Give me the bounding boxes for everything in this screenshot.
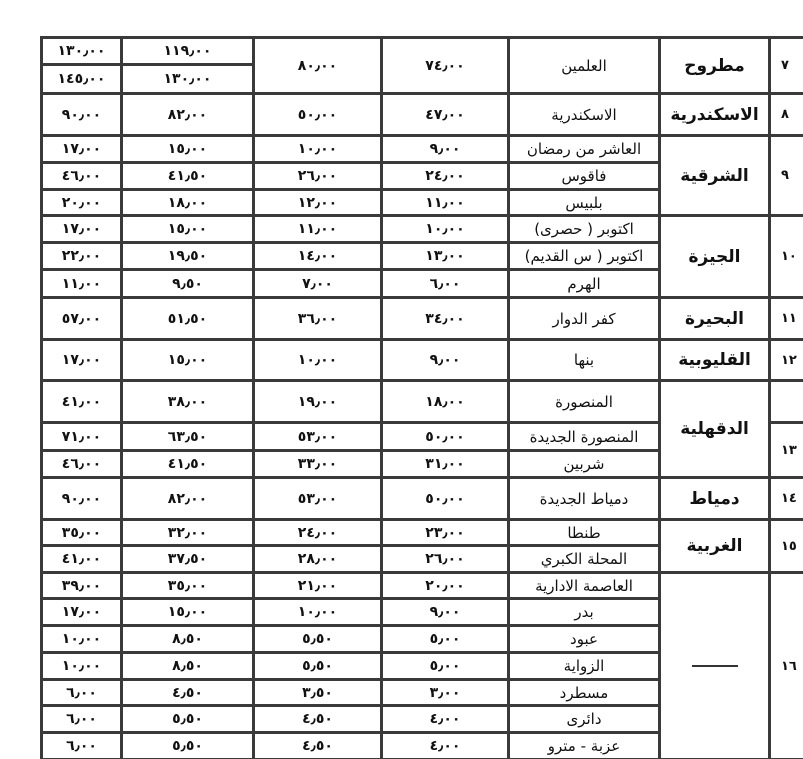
fare-v3: ٥٫٥٠ bbox=[122, 733, 254, 759]
fare-v1: ١٣٫٠٠ bbox=[382, 243, 509, 270]
fare-table-sheet: ١٣٠٫٠٠ ١١٩٫٠٠ ٨٠٫٠٠ ٧٤٫٠٠ العلمين مطروح … bbox=[40, 36, 803, 759]
fare-v4: ١٣٠٫٠٠ bbox=[42, 38, 122, 65]
fare-v3: ١٩٫٥٠ bbox=[122, 243, 254, 270]
fare-v1: ٥٫٠٠ bbox=[382, 653, 509, 680]
table-row-damietta: ٩٠٫٠٠ ٨٢٫٠٠ ٥٣٫٠٠ ٥٠٫٠٠ دمياط الجديدة دم… bbox=[42, 478, 803, 520]
fare-v2: ١٠٫٠٠ bbox=[254, 136, 382, 163]
fare-v3: ٤١٫٥٠ bbox=[122, 451, 254, 478]
governorate-name: الشرقية bbox=[660, 136, 770, 216]
fare-v4: ١٧٫٠٠ bbox=[42, 340, 122, 381]
fare-v4: ٢٢٫٠٠ bbox=[42, 243, 122, 270]
table-row: ١٧٫٠٠ ١٥٫٠٠ ١١٫٠٠ ١٠٫٠٠ اكتوبر ( حصرى) ا… bbox=[42, 216, 803, 243]
table-row: ٣٥٫٠٠ ٣٢٫٠٠ ٢٤٫٠٠ ٢٣٫٠٠ طنطا الغربية ١٥ bbox=[42, 520, 803, 546]
fare-v2: ٥٫٥٠ bbox=[254, 626, 382, 653]
city-name: دائرى bbox=[509, 706, 660, 733]
table-row: ٤١٫٠٠ ٣٨٫٠٠ ١٩٫٠٠ ١٨٫٠٠ المنصورة الدقهلي… bbox=[42, 381, 803, 423]
city-name: طنطا bbox=[509, 520, 660, 546]
fare-v2: ٣٦٫٠٠ bbox=[254, 298, 382, 340]
fare-v3: ١٥٫٠٠ bbox=[122, 216, 254, 243]
city-name: كفر الدوار bbox=[509, 298, 660, 340]
city-name: شربين bbox=[509, 451, 660, 478]
fare-v2: ٧٫٠٠ bbox=[254, 270, 382, 298]
fare-v2: ٨٠٫٠٠ bbox=[254, 38, 382, 94]
fare-v1: ٥٫٠٠ bbox=[382, 626, 509, 653]
city-name: فاقوس bbox=[509, 163, 660, 190]
city-name: بنها bbox=[509, 340, 660, 381]
fare-v3: ١٨٫٠٠ bbox=[122, 190, 254, 216]
city-name: المحلة الكبري bbox=[509, 546, 660, 573]
fare-v4: ٤١٫٠٠ bbox=[42, 381, 122, 423]
fare-v4: ٧١٫٠٠ bbox=[42, 423, 122, 451]
fare-v3: ٤١٫٥٠ bbox=[122, 163, 254, 190]
fare-v3: ٨٢٫٠٠ bbox=[122, 478, 254, 520]
fare-v2: ٣٫٥٠ bbox=[254, 680, 382, 706]
fare-v3: ٣٢٫٠٠ bbox=[122, 520, 254, 546]
city-name: عبود bbox=[509, 626, 660, 653]
city-name: العلمين bbox=[509, 38, 660, 94]
fare-v3: ٨٢٫٠٠ bbox=[122, 94, 254, 136]
fare-v2: ٥٣٫٠٠ bbox=[254, 423, 382, 451]
fare-v1: ٩٫٠٠ bbox=[382, 136, 509, 163]
fare-v1: ٢٣٫٠٠ bbox=[382, 520, 509, 546]
city-name: العاشر من رمضان bbox=[509, 136, 660, 163]
fare-v1: ١٠٫٠٠ bbox=[382, 216, 509, 243]
fare-v3: ١٥٫٠٠ bbox=[122, 599, 254, 626]
fare-v2: ٢٤٫٠٠ bbox=[254, 520, 382, 546]
fare-v2: ١٠٫٠٠ bbox=[254, 599, 382, 626]
city-name: اكتوبر ( حصرى) bbox=[509, 216, 660, 243]
table-row-qalyubia: ١٧٫٠٠ ١٥٫٠٠ ١٠٫٠٠ ٩٫٠٠ بنها القليوبية ١٢ bbox=[42, 340, 803, 381]
fare-v4: ٥٧٫٠٠ bbox=[42, 298, 122, 340]
fare-v3: ٤٫٥٠ bbox=[122, 680, 254, 706]
fare-v1: ٩٫٠٠ bbox=[382, 599, 509, 626]
fare-v3: ٦٣٫٥٠ bbox=[122, 423, 254, 451]
fare-v3: ١٥٫٠٠ bbox=[122, 136, 254, 163]
city-name: عزبة - مترو bbox=[509, 733, 660, 759]
fare-v4: ١٤٥٫٠٠ bbox=[42, 65, 122, 94]
fare-v3: ٥٫٥٠ bbox=[122, 706, 254, 733]
governorate-name: مطروح bbox=[660, 38, 770, 94]
fare-v4: ١٧٫٠٠ bbox=[42, 136, 122, 163]
city-name: مسطرد bbox=[509, 680, 660, 706]
table-row-matrouh-a: ١٣٠٫٠٠ ١١٩٫٠٠ ٨٠٫٠٠ ٧٤٫٠٠ العلمين مطروح … bbox=[42, 38, 803, 65]
governorate-name-dash bbox=[660, 573, 770, 759]
fare-v2: ٢١٫٠٠ bbox=[254, 573, 382, 599]
fare-v1: ٤٫٠٠ bbox=[382, 733, 509, 759]
fare-v4: ٦٫٠٠ bbox=[42, 706, 122, 733]
fare-v1: ٩٫٠٠ bbox=[382, 340, 509, 381]
fare-v2: ٥٣٫٠٠ bbox=[254, 478, 382, 520]
fare-v3: ١٥٫٠٠ bbox=[122, 340, 254, 381]
governorate-name: الجيزة bbox=[660, 216, 770, 298]
fare-v2: ٢٦٫٠٠ bbox=[254, 163, 382, 190]
row-index: ١٦ bbox=[770, 573, 803, 759]
fare-v4: ٦٫٠٠ bbox=[42, 733, 122, 759]
row-index: ١٤ bbox=[770, 478, 803, 520]
table-row: ٣٩٫٠٠ ٣٥٫٠٠ ٢١٫٠٠ ٢٠٫٠٠ العاصمة الادارية… bbox=[42, 573, 803, 599]
fare-v4: ١١٫٠٠ bbox=[42, 270, 122, 298]
fare-v3: ٣٧٫٥٠ bbox=[122, 546, 254, 573]
governorate-name: دمياط bbox=[660, 478, 770, 520]
fare-v2: ٢٨٫٠٠ bbox=[254, 546, 382, 573]
fare-v4: ٦٫٠٠ bbox=[42, 680, 122, 706]
fare-v3: ٩٫٥٠ bbox=[122, 270, 254, 298]
city-name: اكتوبر ( س القديم) bbox=[509, 243, 660, 270]
fare-v3: ٥١٫٥٠ bbox=[122, 298, 254, 340]
table-row-alexandria: ٩٠٫٠٠ ٨٢٫٠٠ ٥٠٫٠٠ ٤٧٫٠٠ الاسكندرية الاسك… bbox=[42, 94, 803, 136]
fare-v1: ٢٦٫٠٠ bbox=[382, 546, 509, 573]
fare-v2: ١١٫٠٠ bbox=[254, 216, 382, 243]
governorate-name: البحيرة bbox=[660, 298, 770, 340]
city-name: الزواية bbox=[509, 653, 660, 680]
governorate-name: الاسكندرية bbox=[660, 94, 770, 136]
row-index: ١٠ bbox=[770, 216, 803, 298]
fare-v1: ٣٤٫٠٠ bbox=[382, 298, 509, 340]
city-name: العاصمة الادارية bbox=[509, 573, 660, 599]
fare-v1: ٤٫٠٠ bbox=[382, 706, 509, 733]
fare-v3: ١١٩٫٠٠ bbox=[122, 38, 254, 65]
row-index: ٨ bbox=[770, 94, 803, 136]
fare-v4: ٣٩٫٠٠ bbox=[42, 573, 122, 599]
row-index: ١٥ bbox=[770, 520, 803, 573]
fare-v4: ٤٦٫٠٠ bbox=[42, 163, 122, 190]
row-index: ٧ bbox=[770, 38, 803, 94]
fare-v4: ٩٠٫٠٠ bbox=[42, 94, 122, 136]
table-row: ١٧٫٠٠ ١٥٫٠٠ ١٠٫٠٠ ٩٫٠٠ العاشر من رمضان ا… bbox=[42, 136, 803, 163]
fare-v1: ٣١٫٠٠ bbox=[382, 451, 509, 478]
row-index: ١٣ bbox=[770, 423, 803, 478]
fare-v2: ١٢٫٠٠ bbox=[254, 190, 382, 216]
fare-v1: ٧٤٫٠٠ bbox=[382, 38, 509, 94]
fare-v1: ٦٫٠٠ bbox=[382, 270, 509, 298]
fare-v2: ٤٫٥٠ bbox=[254, 733, 382, 759]
fare-v1: ٤٧٫٠٠ bbox=[382, 94, 509, 136]
fare-v3: ٨٫٥٠ bbox=[122, 626, 254, 653]
fare-v1: ١١٫٠٠ bbox=[382, 190, 509, 216]
fare-v4: ٢٠٫٠٠ bbox=[42, 190, 122, 216]
fare-v4: ٩٠٫٠٠ bbox=[42, 478, 122, 520]
table-row-beheira: ٥٧٫٠٠ ٥١٫٥٠ ٣٦٫٠٠ ٣٤٫٠٠ كفر الدوار البحي… bbox=[42, 298, 803, 340]
city-name: المنصورة bbox=[509, 381, 660, 423]
fare-v2: ٥٠٫٠٠ bbox=[254, 94, 382, 136]
fare-v1: ٢٠٫٠٠ bbox=[382, 573, 509, 599]
city-name: الهرم bbox=[509, 270, 660, 298]
fare-v3: ٣٥٫٠٠ bbox=[122, 573, 254, 599]
fare-v1: ٥٠٫٠٠ bbox=[382, 478, 509, 520]
fare-v4: ١٠٫٠٠ bbox=[42, 653, 122, 680]
row-index: ١١ bbox=[770, 298, 803, 340]
row-index-empty bbox=[770, 381, 803, 423]
fare-v4: ٤١٫٠٠ bbox=[42, 546, 122, 573]
fare-v1: ٥٠٫٠٠ bbox=[382, 423, 509, 451]
fare-v2: ٥٫٥٠ bbox=[254, 653, 382, 680]
fare-v3: ٨٫٥٠ bbox=[122, 653, 254, 680]
city-name: الاسكندرية bbox=[509, 94, 660, 136]
city-name: دمياط الجديدة bbox=[509, 478, 660, 520]
fare-v2: ١٤٫٠٠ bbox=[254, 243, 382, 270]
fare-v1: ٣٫٠٠ bbox=[382, 680, 509, 706]
fare-v4: ١٧٫٠٠ bbox=[42, 216, 122, 243]
fare-v4: ٣٥٫٠٠ bbox=[42, 520, 122, 546]
row-index: ٩ bbox=[770, 136, 803, 216]
fare-v2: ١٠٫٠٠ bbox=[254, 340, 382, 381]
city-name: بلبيس bbox=[509, 190, 660, 216]
fare-v4: ١٠٫٠٠ bbox=[42, 626, 122, 653]
dash-placeholder bbox=[692, 665, 738, 667]
fare-v4: ١٧٫٠٠ bbox=[42, 599, 122, 626]
fare-v2: ٣٣٫٠٠ bbox=[254, 451, 382, 478]
fare-table: ١٣٠٫٠٠ ١١٩٫٠٠ ٨٠٫٠٠ ٧٤٫٠٠ العلمين مطروح … bbox=[40, 36, 803, 759]
governorate-name: الدقهلية bbox=[660, 381, 770, 478]
fare-v1: ١٨٫٠٠ bbox=[382, 381, 509, 423]
governorate-name: القليوبية bbox=[660, 340, 770, 381]
fare-v3: ١٣٠٫٠٠ bbox=[122, 65, 254, 94]
governorate-name: الغربية bbox=[660, 520, 770, 573]
fare-v1: ٢٤٫٠٠ bbox=[382, 163, 509, 190]
fare-v2: ١٩٫٠٠ bbox=[254, 381, 382, 423]
city-name: بدر bbox=[509, 599, 660, 626]
city-name: المنصورة الجديدة bbox=[509, 423, 660, 451]
fare-v4: ٤٦٫٠٠ bbox=[42, 451, 122, 478]
fare-v3: ٣٨٫٠٠ bbox=[122, 381, 254, 423]
fare-v2: ٤٫٥٠ bbox=[254, 706, 382, 733]
row-index: ١٢ bbox=[770, 340, 803, 381]
